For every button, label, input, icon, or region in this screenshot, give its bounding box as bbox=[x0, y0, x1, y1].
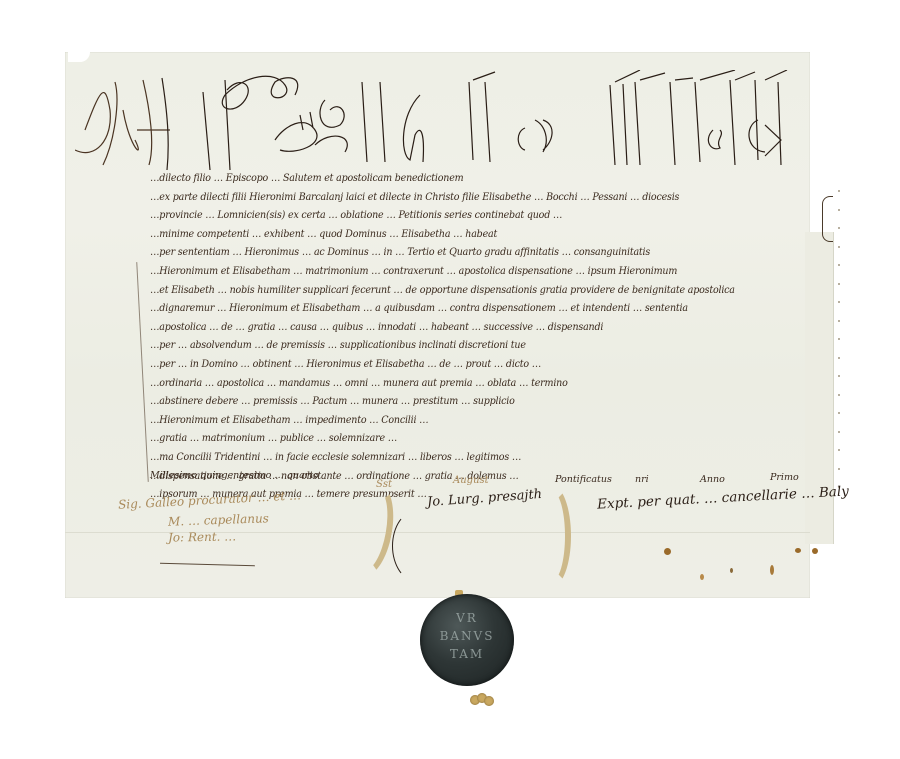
ruling-pricks bbox=[838, 190, 842, 480]
stain-spot bbox=[730, 568, 733, 573]
seal-legend: BANVS bbox=[420, 629, 514, 643]
dating-pontificatus: Pontificatus bbox=[555, 474, 612, 485]
fold-mark-center: August bbox=[453, 475, 489, 486]
text-line: …ordinaria … apostolica … mandamus … omn… bbox=[150, 375, 790, 394]
seal-cord-knot bbox=[470, 693, 494, 709]
margin-bracket bbox=[822, 196, 833, 242]
stain-spot bbox=[700, 574, 704, 580]
text-line: …ex parte dilecti filii Hieronimi Barcal… bbox=[150, 189, 790, 208]
stain-spot bbox=[664, 548, 671, 555]
stain-spot bbox=[795, 548, 801, 553]
text-line: …gratia … matrimonium … publice … solemn… bbox=[150, 430, 790, 449]
text-line: …per … in Domino … obtinent … Hieronimus… bbox=[150, 356, 790, 375]
chancery-note: Jo: Rent. … bbox=[168, 529, 236, 544]
text-line: …abstinere debere … premissis … Pactum …… bbox=[150, 393, 790, 412]
text-line: …Hieronimum et Elisabetham … matrimonium… bbox=[150, 263, 790, 282]
stain-spot bbox=[812, 548, 818, 554]
dating-primo: Primo bbox=[770, 472, 799, 483]
dating-clause-year: Millesimo quingentesimo … quarto bbox=[150, 470, 319, 481]
dating-nostri: nri bbox=[635, 474, 649, 485]
text-line: …per sententiam … Hieronimus … ac Dominu… bbox=[150, 244, 790, 263]
text-line: …apostolica … de … gratia … causa … quib… bbox=[150, 319, 790, 338]
dating-anno: Anno bbox=[700, 474, 725, 485]
text-line: …provincie … Lomnicien(sis) ex certa … o… bbox=[150, 207, 790, 226]
seal-legend: TAM bbox=[420, 647, 514, 661]
calligraphic-heading-icon bbox=[75, 70, 805, 180]
seal-legend: VR bbox=[420, 611, 514, 625]
ink-flourish bbox=[392, 510, 442, 582]
hemp-cord-right bbox=[533, 485, 571, 587]
bull-body-text: …dilecto filio … Episcopo … Salutem et a… bbox=[150, 170, 810, 505]
text-line: …et Elisabeth … nobis humiliter supplica… bbox=[150, 282, 790, 301]
stain-spot bbox=[770, 565, 774, 575]
text-line: …ma Concilii Tridentini … in facie eccle… bbox=[150, 449, 790, 468]
text-line: …dignaremur … Hieronimum et Elisabetham … bbox=[150, 300, 790, 319]
lead-bulla-seal: VR BANVS TAM bbox=[420, 594, 514, 686]
elongated-letters-heading bbox=[75, 70, 805, 180]
text-line: …dilecto filio … Episcopo … Salutem et a… bbox=[150, 170, 790, 189]
text-line: …minime competenti … exhibent … quod Dom… bbox=[150, 226, 790, 245]
text-line: …per … absolvendum … de premissis … supp… bbox=[150, 337, 790, 356]
text-line: …Hieronimum et Elisabetham … impedimento… bbox=[150, 412, 790, 431]
